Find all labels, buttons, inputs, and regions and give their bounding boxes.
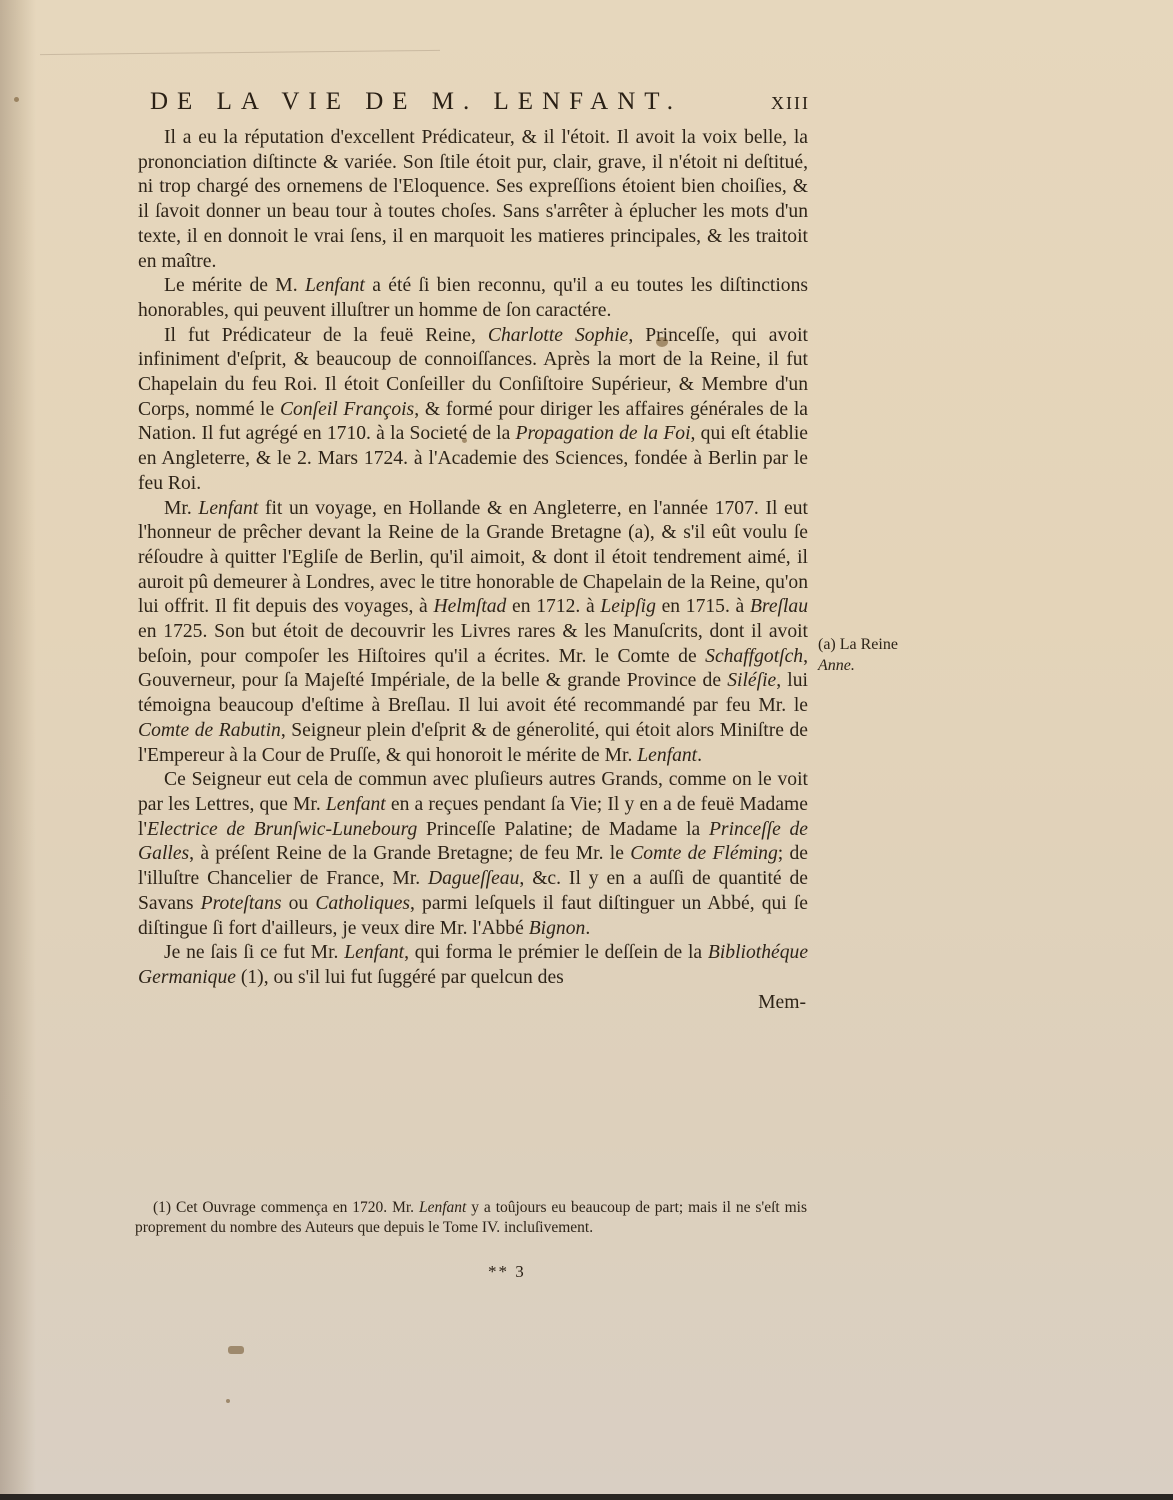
paragraph-merit: Le mérite de M. Lenfant a été ſi bien re… [138,274,808,323]
text-run: ou [282,893,316,914]
text-run: (1), ou s'il lui fut ſuggéré par quelcun… [236,967,564,988]
text-run: Il a eu la réputation d'excellent Prédic… [138,127,808,272]
italic-text: Comte de Rabutin [138,720,281,741]
italic-text: Bignon [529,918,586,939]
catchword: Mem- [138,991,808,1016]
paragraph-letters: Ce Seigneur eut cela de commun avec pluſ… [138,768,808,941]
text-run: Il fut Prédicateur de la feuë Reine, [164,325,488,346]
italic-text: Charlotte Sophie [488,325,628,346]
running-head: DE LA VIE DE M. LENFANT. XIII [150,88,810,124]
paragraph-preacher: Il fut Prédicateur de la feuë Reine, Cha… [138,324,808,497]
italic-text: Schaffgotſch [705,646,803,667]
footnote: (1) Cet Ouvrage commença en 1720. Mr. Le… [135,1198,807,1238]
italic-text: Catholiques [315,893,410,914]
text-run: Mr. [164,498,198,519]
text-run: . [697,745,702,766]
italic-text: Lenfant [198,498,258,519]
text-run: Je ne ſais ſi ce fut Mr. [164,942,344,963]
foxing-spot [656,337,668,347]
italic-text: Lenfant [305,275,365,296]
text-run: en 1712. à [506,596,600,617]
italic-text: Propagation de la Foi [516,423,691,444]
text-run: (1) Cet Ouvrage commença en 1720. Mr. [153,1199,419,1216]
margin-note-marker: (a) La Reine [818,634,938,655]
text-run: en 1715. à [656,596,750,617]
paragraph-reputation: Il a eu la réputation d'excellent Prédic… [138,126,808,274]
margin-note-name: Anne. [818,655,938,676]
italic-text: Leipſig [600,596,656,617]
page-number: XIII [771,93,810,114]
table-surface [0,1494,1173,1500]
foxing-spot [226,1399,230,1403]
foxing-spot [462,438,467,443]
signature-mark: ** 3 [488,1262,526,1282]
text-run: Le mérite de M. [164,275,305,296]
book-page: DE LA VIE DE M. LENFANT. XIII Il a eu la… [0,0,1173,1494]
running-title: DE LA VIE DE M. LENFANT. [150,88,682,116]
main-text: Il a eu la réputation d'excellent Prédic… [138,126,808,1015]
foxing-spot [14,97,19,102]
italic-text: Conſeil François [280,399,414,420]
italic-text: Breſlau [750,596,808,617]
italic-text: Lenfant [326,794,386,815]
italic-text: Lenfant [637,745,697,766]
paper-crease [40,50,440,55]
text-run: . [585,918,590,939]
italic-text: Dagueſſeau [428,868,519,889]
text-run: , qui forma le prémier le deſſein de la [404,942,708,963]
italic-text: Comte de Fléming [630,843,778,864]
paragraph-bibliotheque: Je ne ſais ſi ce fut Mr. Lenfant, qui fo… [138,941,808,990]
italic-text: Electrice de Brunſwic-Lunebourg [147,819,417,840]
italic-text: Lenfant [419,1199,466,1216]
margin-note: (a) La Reine Anne. [818,634,938,676]
foxing-spot [228,1346,244,1354]
paragraph-voyages: Mr. Lenfant fit un voyage, en Hollande &… [138,497,808,769]
footnote-text: (1) Cet Ouvrage commença en 1720. Mr. Le… [135,1198,807,1238]
italic-text: Siléſie [727,670,776,691]
italic-text: Proteſtans [201,893,282,914]
text-run: , à préſent Reine de la Grande Bretagne;… [189,843,630,864]
italic-text: Lenfant [344,942,404,963]
text-run: Princeſſe Palatine; de Madame la [417,819,709,840]
italic-text: Helmſtad [433,596,506,617]
